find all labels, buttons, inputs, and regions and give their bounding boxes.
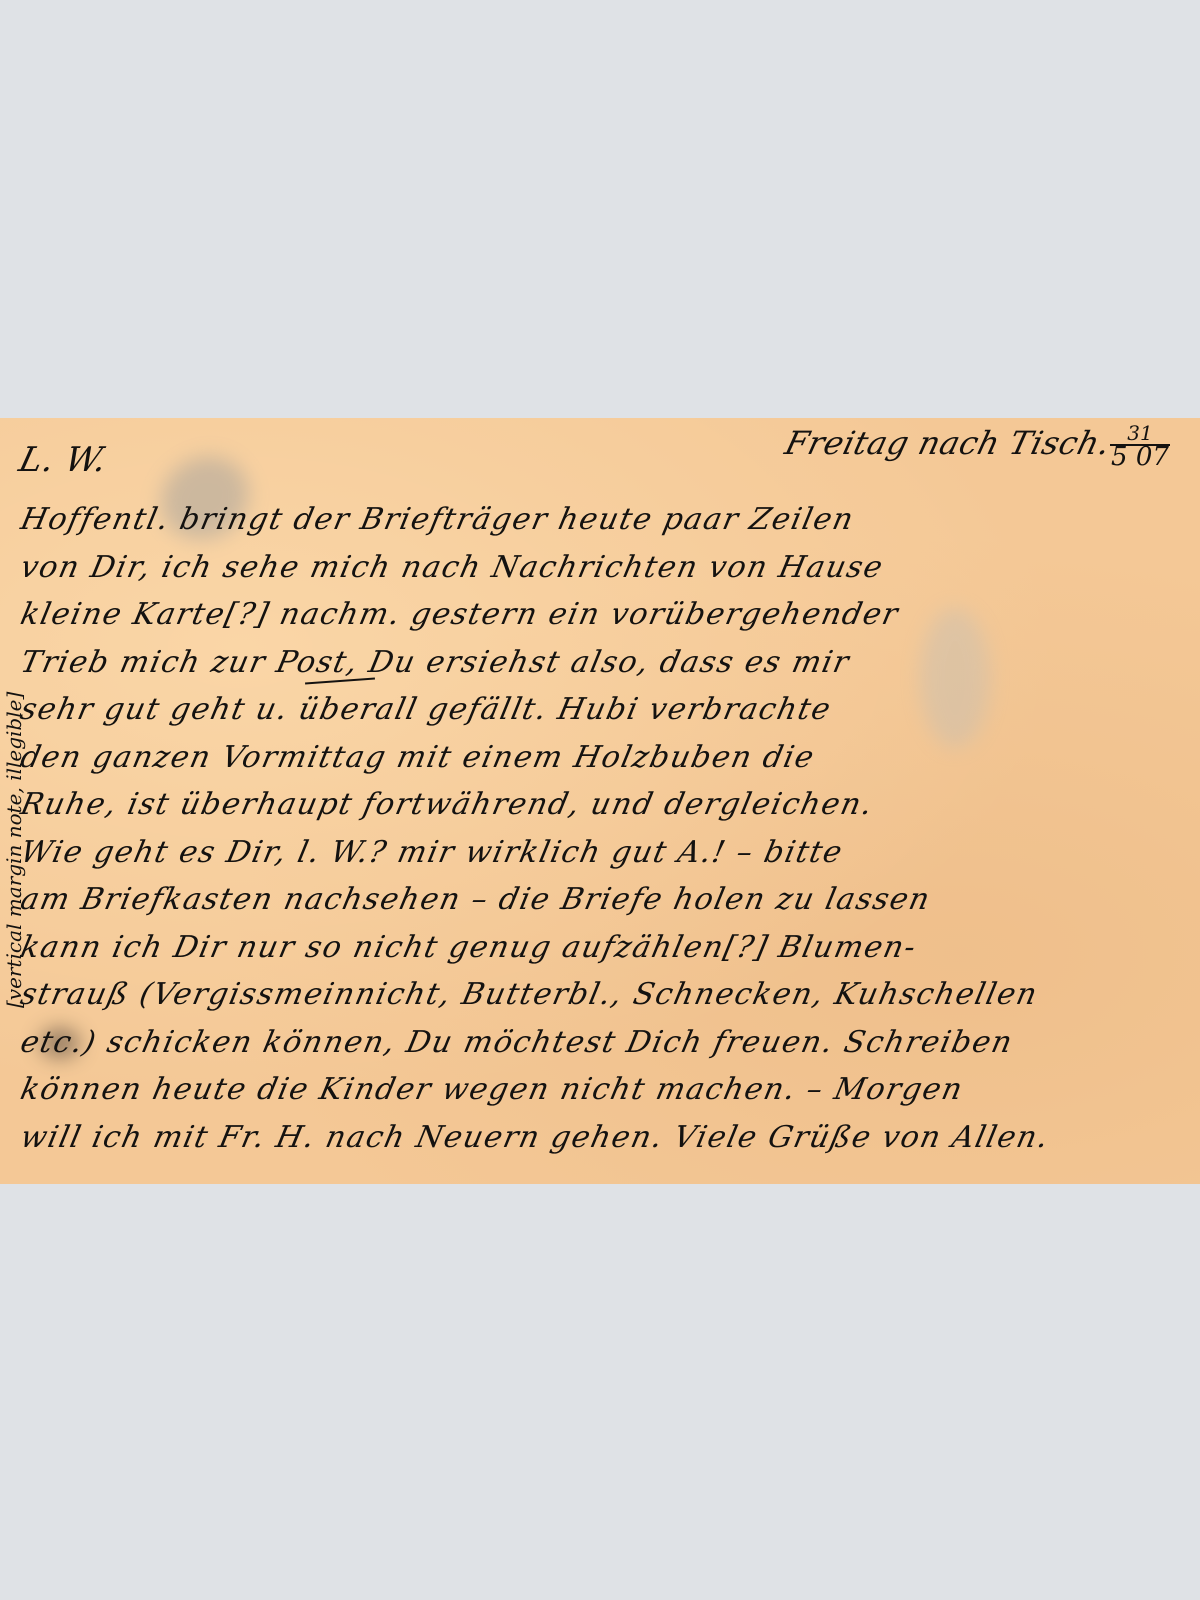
letter-line: den ganzen Vormittag mit einem Holzbuben… [16, 734, 1200, 782]
dateline: Freitag nach Tisch. [781, 424, 1114, 462]
letter-line: will ich mit Fr. H. nach Neuern gehen. V… [16, 1114, 1200, 1162]
date: 31 5 07 [1110, 422, 1170, 468]
letter-line: Ruhe, ist überhaupt fortwährend, und der… [16, 781, 1200, 829]
letter-line: Trieb mich zur Post, Du ersiehst also, d… [16, 639, 1200, 687]
date-month-year: 5 07 [1110, 446, 1170, 468]
letter-line: können heute die Kinder wegen nicht mach… [16, 1066, 1200, 1114]
letter-line: von Dir, ich sehe mich nach Nachrichten … [16, 544, 1200, 592]
letter-line: kann ich Dir nur so nicht genug aufzähle… [16, 924, 1200, 972]
letter-line: etc.) schicken können, Du möchtest Dich … [16, 1019, 1200, 1067]
letter-line: kleine Karte[?] nachm. gestern ein vorüb… [16, 591, 1200, 639]
letter-body: Hoffentl. bringt der Briefträger heute p… [16, 496, 1190, 1161]
letter-line: am Briefkasten nachsehen – die Briefe ho… [16, 876, 1200, 924]
letter-line: sehr gut geht u. überall gefällt. Hubi v… [16, 686, 1200, 734]
letter-line: strauß (Vergissmeinnicht, Butterbl., Sch… [16, 971, 1200, 1019]
letter-line: Wie geht es Dir, l. W.? mir wirklich gut… [16, 829, 1200, 877]
salutation: L. W. [15, 440, 111, 480]
postcard: [vertical margin note, illegible] L. W. … [0, 418, 1200, 1184]
page: [vertical margin note, illegible] L. W. … [0, 0, 1200, 1600]
letter-line: Hoffentl. bringt der Briefträger heute p… [16, 496, 1200, 544]
